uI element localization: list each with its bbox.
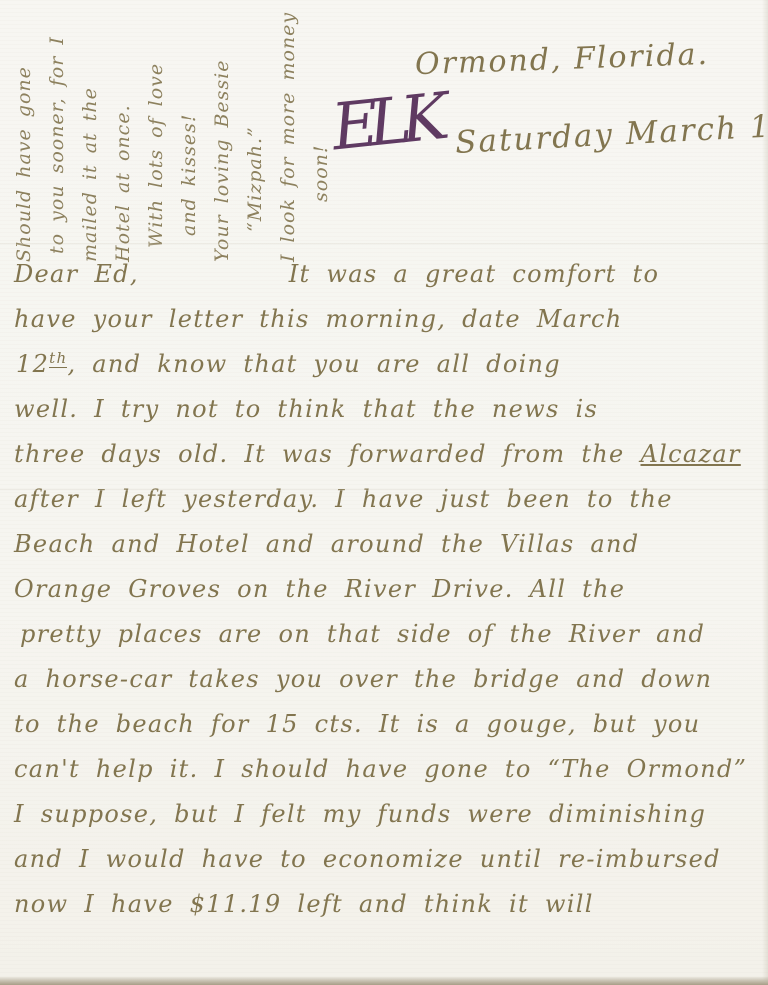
letter-page: Should have gone to you sooner, for I ma… — [0, 0, 768, 985]
ordinal-superscript: th — [49, 349, 67, 368]
margin-note-line: With lots of love — [140, 0, 173, 248]
margin-note-line: I look for more money — [272, 0, 305, 262]
margin-note-line: and kisses! — [173, 0, 206, 236]
letter-line: can't help it. I should have gone to “Th… — [14, 747, 758, 792]
letter-line: three days old. It was forwarded from th… — [14, 432, 758, 477]
letter-line: a horse-car takes you over the bridge an… — [14, 657, 758, 702]
letter-line: Orange Groves on the River Drive. All th… — [14, 567, 758, 612]
margin-note-line: “Mizpah.” — [239, 0, 272, 232]
letter-body: Dear Ed,It was a great comfort to have y… — [14, 252, 758, 927]
margin-note-line: to you sooner, for I — [41, 0, 74, 254]
letter-line: to the beach for 15 cts. It is a gouge, … — [14, 702, 758, 747]
letter-line: 12th, and know that you are all doing — [16, 342, 758, 387]
margin-note-line: Your loving Bessie — [206, 0, 239, 262]
letter-line: and I would have to economize until re-i… — [14, 837, 758, 882]
letter-line: pretty places are on that side of the Ri… — [20, 612, 758, 657]
salutation: Dear Ed, — [14, 252, 139, 297]
heading-date-main: Saturday March 15 — [454, 107, 768, 161]
monogram-elk: ELK — [328, 81, 442, 166]
heading-date: Saturday March 15/02 — [454, 105, 768, 161]
letter-line-salutation: Dear Ed,It was a great comfort to — [14, 252, 758, 297]
letter-line: now I have $11.19 left and think it will — [14, 882, 758, 927]
margin-note-line: Should have gone — [8, 0, 41, 262]
letter-line: Beach and Hotel and around the Villas an… — [14, 522, 758, 567]
letter-line: have your letter this morning, date Marc… — [14, 297, 758, 342]
letter-line: I suppose, but I felt my funds were dimi… — [14, 792, 758, 837]
line-segment: 12 — [16, 350, 49, 378]
margin-note: Should have gone to you sooner, for I ma… — [8, 0, 338, 262]
letter-line: well. I try not to think that the news i… — [14, 387, 758, 432]
line-segment: three days old. It was forwarded from th… — [14, 440, 641, 468]
page-edge-shadow — [762, 0, 768, 985]
page-bottom-edge — [0, 977, 768, 985]
line-segment: , and know that you are all doing — [67, 350, 561, 378]
opening-text: It was a great comfort to — [289, 260, 659, 288]
letter-line: after I left yesterday. I have just been… — [14, 477, 758, 522]
margin-note-line: mailed it at the — [74, 0, 107, 262]
heading-location: Ormond, Florida. — [414, 37, 709, 82]
margin-note-line: Hotel at once. — [107, 0, 140, 262]
underlined-word-alcazar: Alcazar — [641, 440, 741, 468]
